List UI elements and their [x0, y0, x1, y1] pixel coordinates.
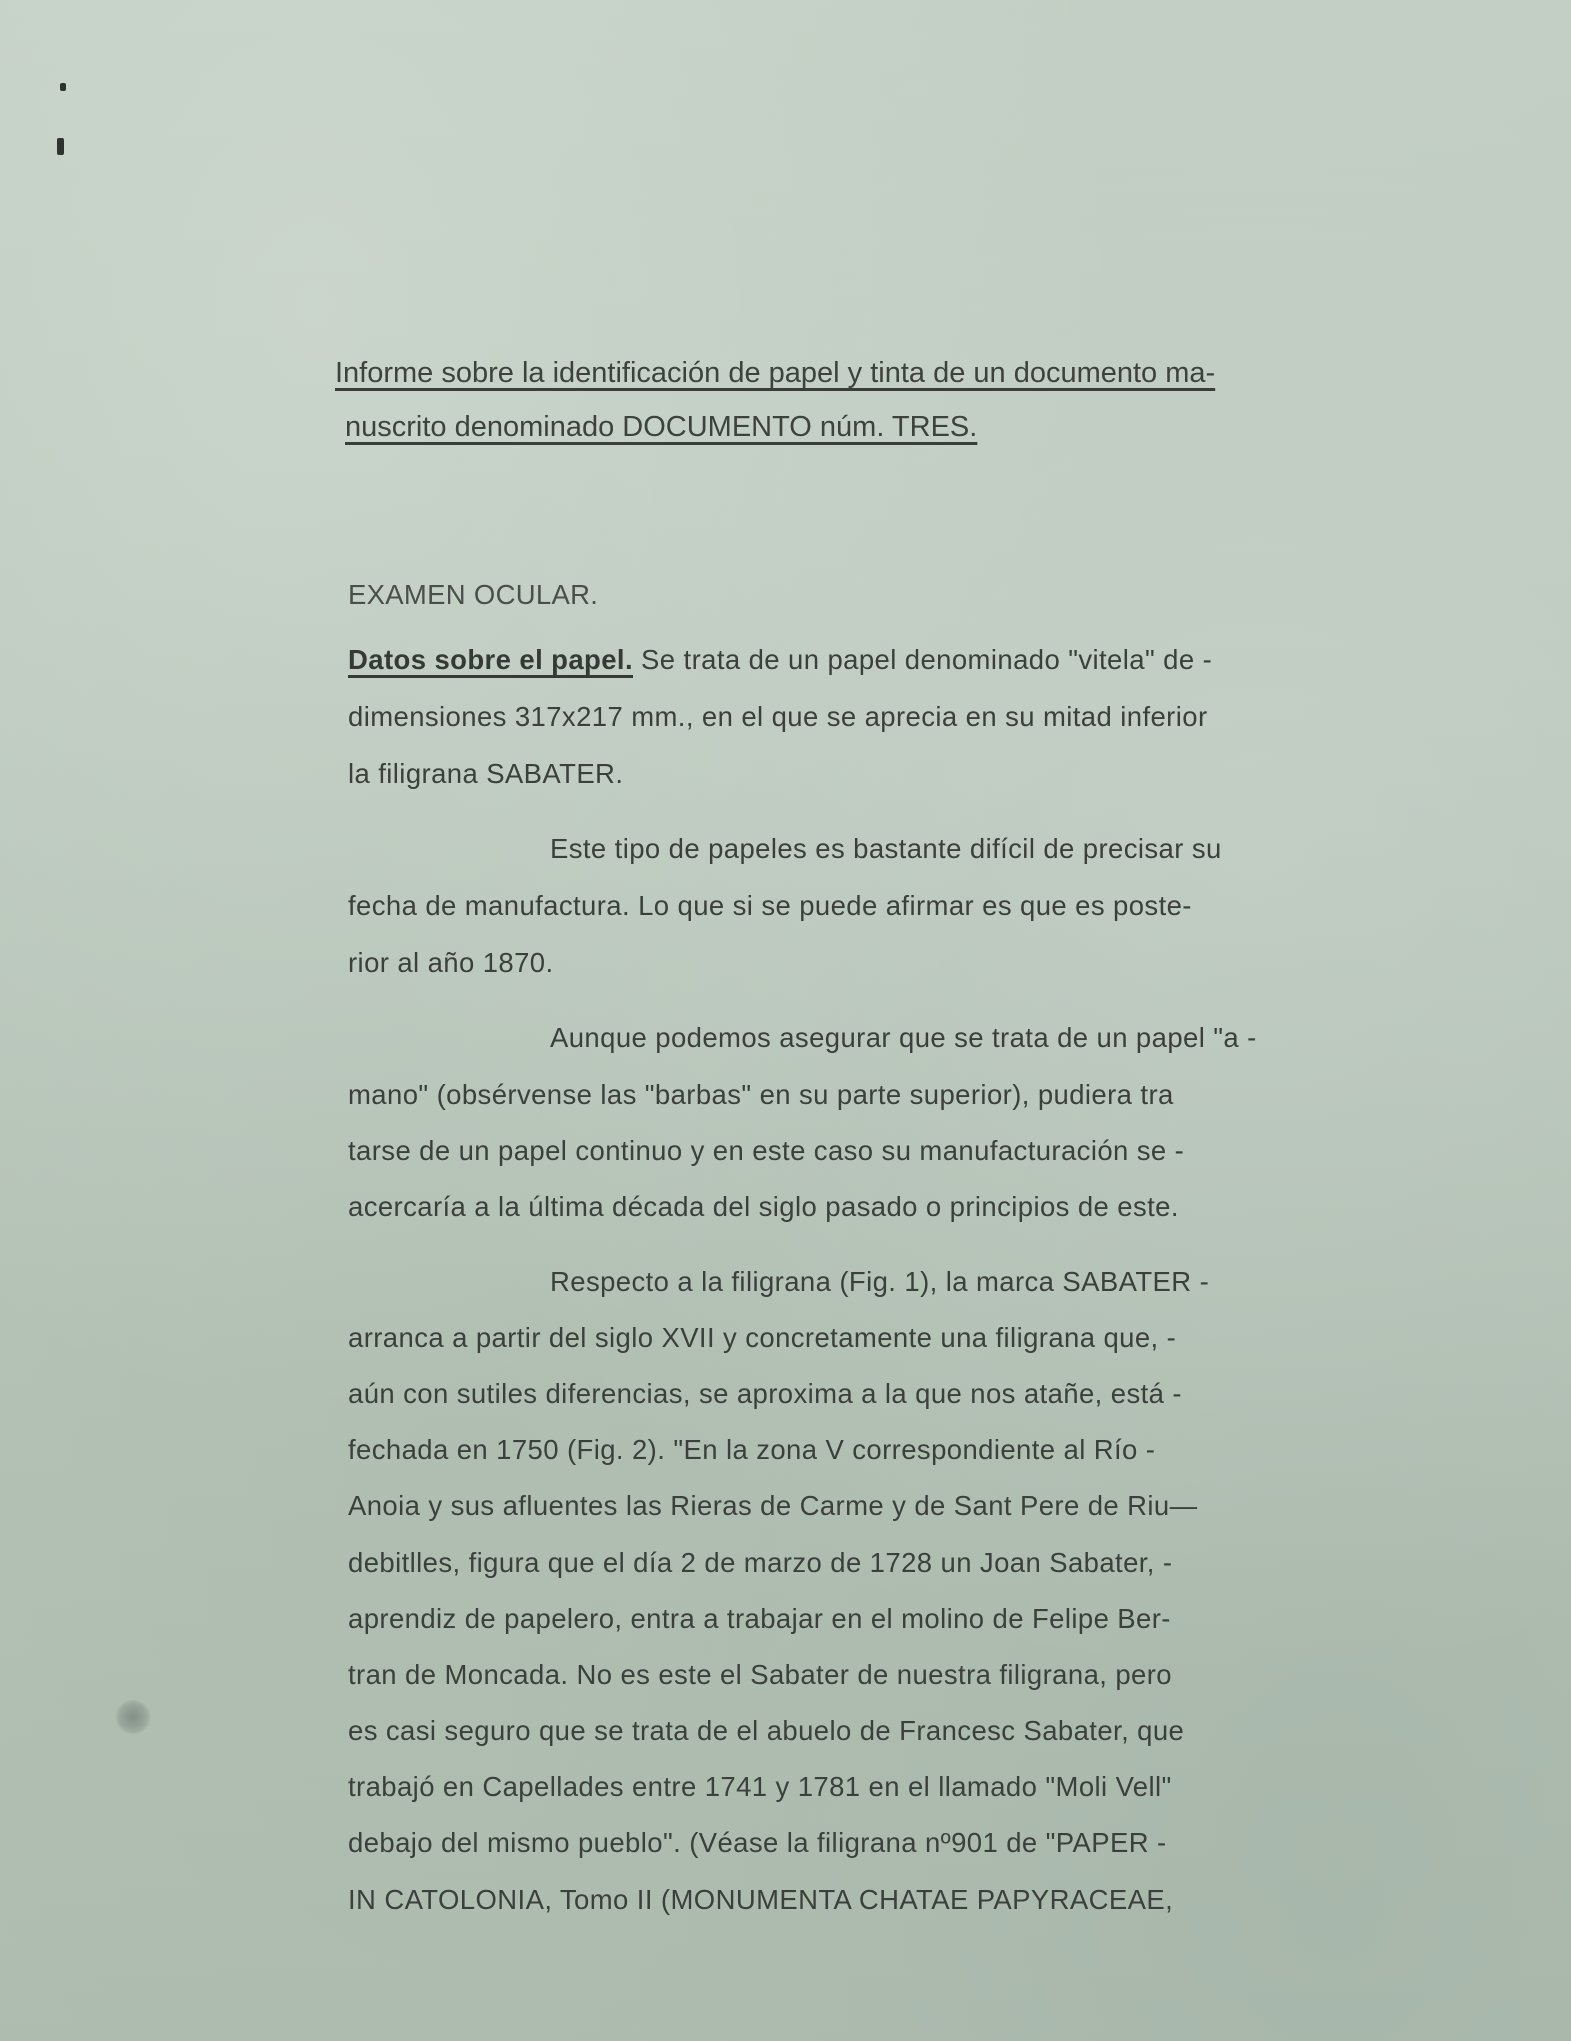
margin-punch-mark — [60, 83, 66, 91]
paragraph-3-line-3: tarse de un papel continuo y en este cas… — [348, 1134, 1184, 1168]
paragraph-2-line-3: rior al año 1870. — [348, 946, 554, 980]
paragraph-1-line-1: Datos sobre el papel. Se trata de un pap… — [348, 643, 1212, 677]
paragraph-3-line-4: acercaría a la última década del siglo p… — [348, 1190, 1179, 1224]
paragraph-4-line-10: trabajó en Capellades entre 1741 y 1781 … — [348, 1770, 1172, 1804]
paragraph-text: Se trata de un papel denominado "vitela"… — [633, 644, 1212, 675]
document-page: Informe sobre la identificación de papel… — [0, 0, 1571, 2041]
paragraph-1-line-3: la filigrana SABATER. — [348, 757, 623, 791]
paragraph-2-line-1: Este tipo de papeles es bastante difícil… — [550, 832, 1222, 866]
paragraph-1-line-2: dimensiones 317x217 mm., en el que se ap… — [348, 700, 1208, 734]
paragraph-4-line-7: aprendiz de papelero, entra a trabajar e… — [348, 1602, 1171, 1636]
paragraph-3-line-1: Aunque podemos asegurar que se trata de … — [550, 1021, 1257, 1055]
paragraph-3-line-2: mano" (obsérvense las "barbas" en su par… — [348, 1078, 1174, 1112]
paragraph-2-line-2: fecha de manufactura. Lo que si se puede… — [348, 889, 1192, 923]
paragraph-4-line-9: es casi seguro que se trata de el abuelo… — [348, 1714, 1184, 1748]
document-title-line-1: Informe sobre la identificación de papel… — [335, 356, 1215, 390]
paper-data-label: Datos sobre el papel. — [348, 644, 633, 675]
paragraph-4-line-6: debitlles, figura que el día 2 de marzo … — [348, 1546, 1172, 1580]
paper-stain — [115, 1700, 151, 1734]
paragraph-4-line-1: Respecto a la filigrana (Fig. 1), la mar… — [550, 1265, 1209, 1299]
paragraph-4-line-12: IN CATOLONIA, Tomo II (MONUMENTA CHATAE … — [348, 1883, 1173, 1917]
section-heading: EXAMEN OCULAR. — [348, 578, 598, 612]
document-title-line-2: nuscrito denominado DOCUMENTO núm. TRES. — [345, 410, 977, 444]
paragraph-4-line-11: debajo del mismo pueblo". (Véase la fili… — [348, 1826, 1167, 1860]
paragraph-4-line-2: arranca a partir del siglo XVII y concre… — [348, 1321, 1176, 1355]
paragraph-4-line-3: aún con sutiles diferencias, se aproxima… — [348, 1377, 1182, 1411]
paragraph-4-line-8: tran de Moncada. No es este el Sabater d… — [348, 1658, 1172, 1692]
paragraph-4-line-4: fechada en 1750 (Fig. 2). "En la zona V … — [348, 1433, 1155, 1467]
paragraph-4-line-5: Anoia y sus afluentes las Rieras de Carm… — [348, 1489, 1198, 1523]
margin-punch-mark — [57, 138, 64, 155]
